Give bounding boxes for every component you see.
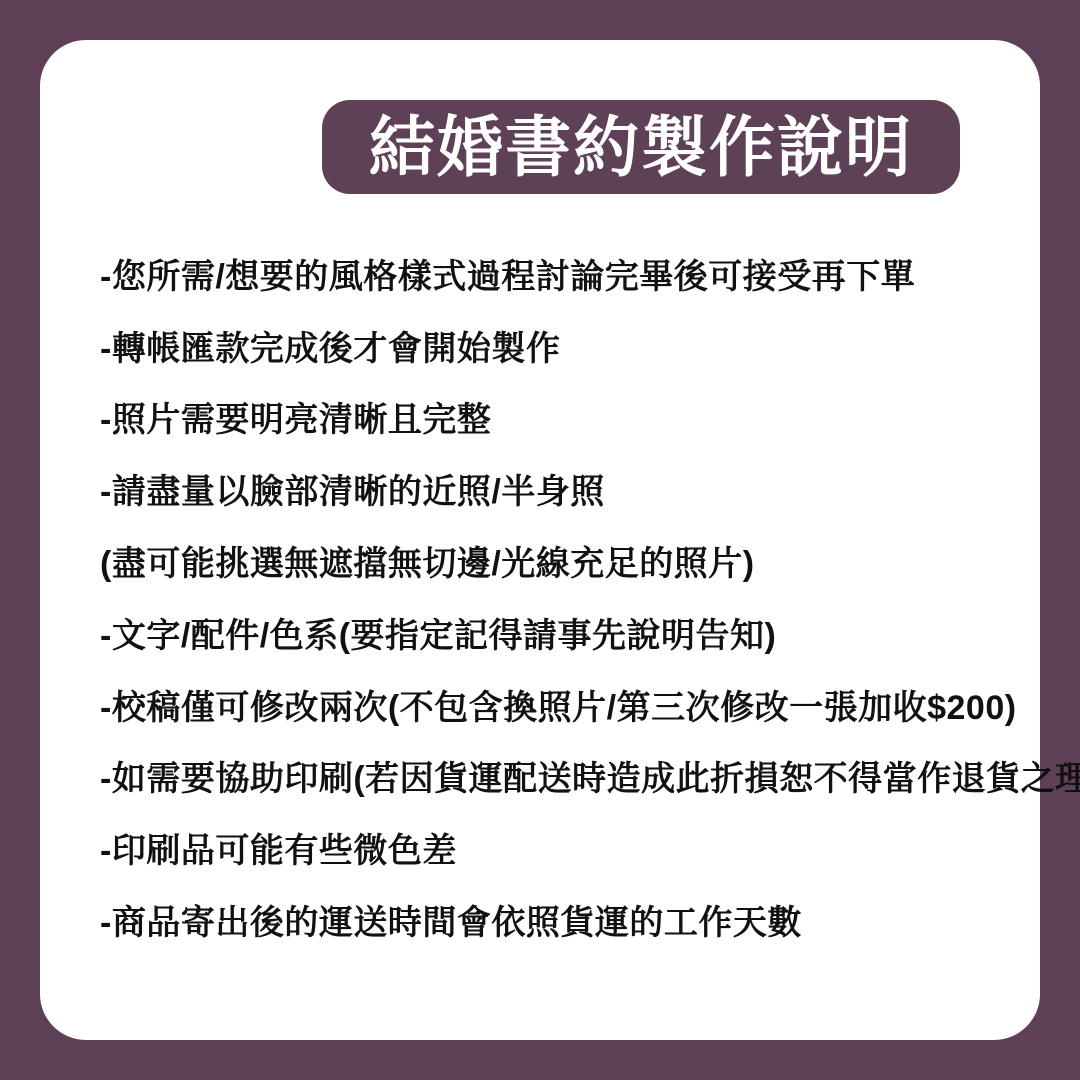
instruction-line: -如需要協助印刷(若因貨運配送時造成此折損恕不得當作退貨之理由) [100, 744, 1020, 816]
instruction-line: -印刷品可能有些微色差 [100, 815, 1020, 887]
poster-background: 結婚書約製作說明 -您所需/想要的風格樣式過程討論完畢後可接受再下單-轉帳匯款完… [0, 0, 1080, 1080]
instruction-line: -請盡量以臉部清晰的近照/半身照 [100, 456, 1020, 528]
page-title: 結婚書約製作說明 [369, 114, 913, 180]
instruction-line: -文字/配件/色系(要指定記得請事先說明告知) [100, 600, 1020, 672]
instruction-line: -您所需/想要的風格樣式過程討論完畢後可接受再下單 [100, 241, 1020, 313]
instruction-line: -商品寄出後的運送時間會依照貨運的工作天數 [100, 887, 1020, 959]
title-banner: 結婚書約製作說明 [322, 100, 960, 194]
instruction-line: -校稿僅可修改兩次(不包含換照片/第三次修改一張加收$200) [100, 672, 1020, 744]
instruction-list: -您所需/想要的風格樣式過程討論完畢後可接受再下單-轉帳匯款完成後才會開始製作-… [100, 241, 1020, 959]
instruction-line: -轉帳匯款完成後才會開始製作 [100, 313, 1020, 385]
instruction-line: (盡可能挑選無遮擋無切邊/光線充足的照片) [100, 528, 1020, 600]
instruction-line: -照片需要明亮清晰且完整 [100, 385, 1020, 457]
content-card: 結婚書約製作說明 -您所需/想要的風格樣式過程討論完畢後可接受再下單-轉帳匯款完… [40, 40, 1040, 1040]
